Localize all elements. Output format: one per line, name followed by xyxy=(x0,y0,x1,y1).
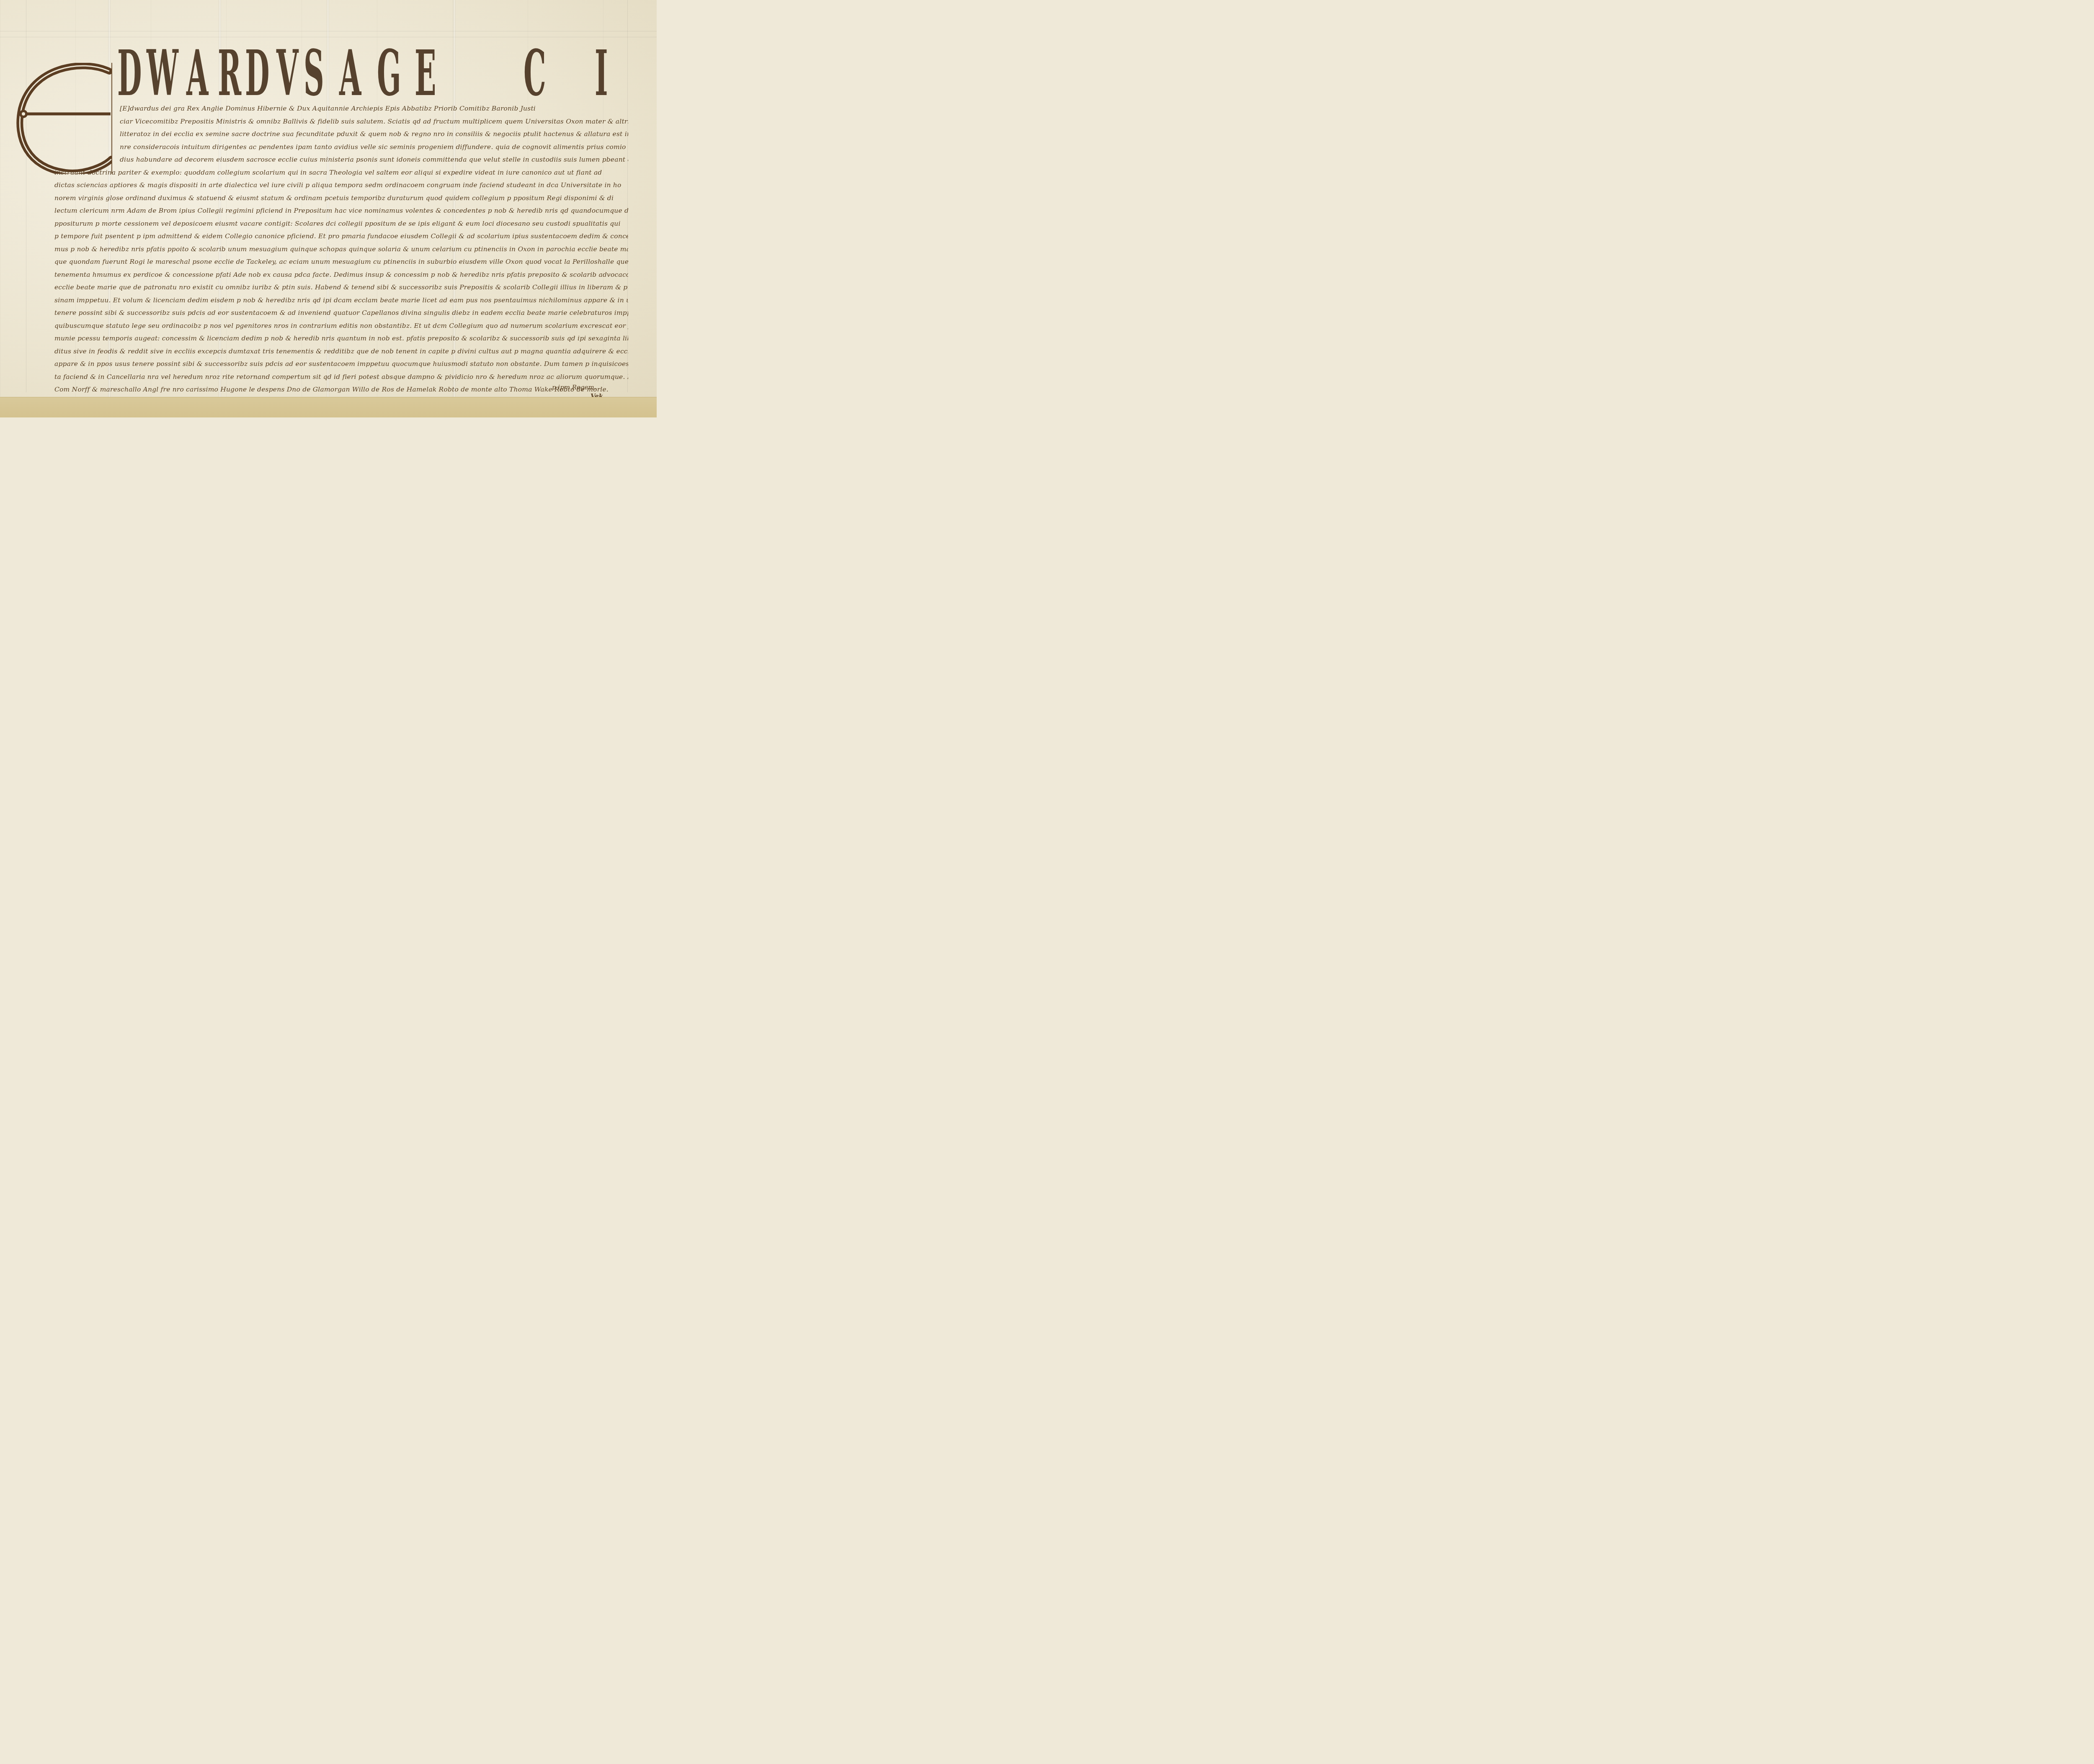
text-line: quibuscumque statuto lege seu ordinacoib… xyxy=(54,319,628,332)
text-line: tenementa hmumus ex perdicoe & concessio… xyxy=(54,268,628,281)
display-letter: W xyxy=(147,38,178,109)
text-line: p tempore fuit psentent p ipm admittend … xyxy=(54,230,628,243)
text-line: norem virginis glose ordinand duximus & … xyxy=(54,192,628,205)
text-line: ppositurum p morte cessionem vel deposic… xyxy=(54,217,628,230)
display-letter: R xyxy=(218,38,241,109)
text-line: dictas sciencias aptiores & magis dispos… xyxy=(54,179,628,192)
ruling-line xyxy=(26,0,26,392)
display-letter: S xyxy=(304,38,324,109)
text-line: ciar Vicecomitibz Prepositis Ministris &… xyxy=(54,115,628,128)
text-line: munie pcessu temporis augeat: concessim … xyxy=(54,332,628,345)
display-letter: E xyxy=(415,38,436,109)
text-line: Com Norff & mareschallo Angl fre nro car… xyxy=(54,383,628,396)
text-line: [E]dwardus dei gra Rex Anglie Dominus Hi… xyxy=(54,102,628,115)
text-line: ditus sive in feodis & reddit sive in ec… xyxy=(54,345,628,358)
display-letter: V xyxy=(276,38,298,109)
charter-text: [E]dwardus dei gra Rex Anglie Dominus Hi… xyxy=(54,102,628,409)
charter-parchment: D W A R D V S A G E C I [E]dwardus dei g… xyxy=(0,0,657,417)
display-letter: D xyxy=(117,38,142,109)
text-line: tenere possint sibi & successoribz suis … xyxy=(54,306,628,319)
text-line: instruant doctrina pariter & exemplo: qu… xyxy=(54,166,628,179)
text-line: appare & in ppos usus tenere possint sib… xyxy=(54,358,628,371)
display-letter: G xyxy=(377,38,401,109)
text-line: lectum clericum nrm Adam de Brom ipius C… xyxy=(54,204,628,217)
text-line: ecclie beate marie que de patronatu nro … xyxy=(54,281,628,294)
display-letter: D xyxy=(245,38,270,109)
text-line: nre consideracois intuitum dirigentes ac… xyxy=(54,141,628,154)
text-line: litteratoz in dei ecclia ex semine sacre… xyxy=(54,128,628,141)
text-line: sinam imppetuu. Et volum & licenciam ded… xyxy=(54,294,628,307)
text-line: que quondam fuerunt Rogi le mareschal ps… xyxy=(54,255,628,268)
text-line: mus p nob & heredibz nris pfatis ppoito … xyxy=(54,243,628,256)
text-line: dius habundare ad decorem eiusdem sacros… xyxy=(54,153,628,166)
display-letter: C xyxy=(523,38,546,109)
warrant-note: p ipm Regem. xyxy=(552,384,596,391)
display-letter: A xyxy=(339,38,361,109)
display-letter: I xyxy=(595,38,608,109)
text-line: ta faciend & in Cancellaria nra vel here… xyxy=(54,371,628,384)
fold-turnup xyxy=(0,397,657,417)
display-letter: A xyxy=(186,38,208,109)
